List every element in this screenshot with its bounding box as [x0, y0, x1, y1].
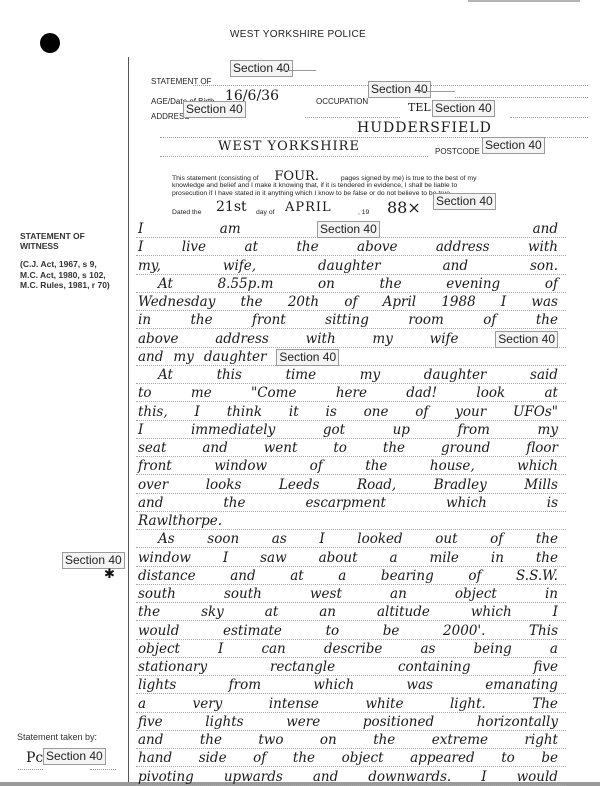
tel-label: TEL [408, 101, 431, 114]
statement-word: 20th [288, 294, 319, 310]
statement-word: one [364, 404, 389, 420]
statement-word: I [195, 404, 200, 420]
statement-word: the [190, 312, 212, 328]
statement-word: was [406, 677, 433, 693]
statement-word: it [289, 404, 299, 420]
statement-word: object [342, 750, 384, 766]
statement-word: the [536, 531, 558, 547]
statement-word: above [138, 331, 178, 348]
taken-by-initials: Pc [26, 750, 43, 766]
statement-word: me [191, 385, 212, 401]
statement-word: sky [201, 604, 224, 620]
statement-word: being [474, 641, 512, 657]
statement-word: UFOs" [513, 404, 558, 420]
statement-redaction: Section 40 [317, 221, 380, 238]
ruled-line [136, 766, 566, 767]
statement-word: I [138, 239, 143, 255]
occupation-label: OCCUPATION [316, 97, 368, 106]
statement-word: be [541, 750, 558, 766]
statement-line: overlooksLeedsRoad,BradleyMills [138, 477, 558, 493]
day-of-label: day of [256, 209, 275, 216]
statement-word: This [529, 623, 558, 639]
statement-redaction: Section 40 [495, 331, 558, 348]
statement-word: of [468, 568, 481, 584]
statement-word: this [217, 367, 242, 383]
ruled-line [136, 748, 566, 749]
statement-word: at [544, 385, 557, 401]
statement-word: April [383, 294, 416, 310]
statement-word: to [326, 623, 340, 639]
statement-word: 8.55p.m [218, 276, 274, 292]
statement-word: evening [446, 276, 500, 292]
statement-word: and [138, 732, 163, 748]
statement-line: andmydaughterSection 40 [138, 349, 558, 366]
statement-word: above [357, 239, 397, 255]
statement-word: looks [206, 477, 242, 493]
statement-word: front [252, 312, 286, 328]
statement-word: on [318, 276, 335, 292]
statement-word: this, [138, 404, 168, 420]
statement-word: the [536, 550, 558, 566]
statement-word: the [223, 495, 245, 511]
statement-word: can [261, 641, 285, 657]
statement-word: from [229, 677, 261, 693]
statement-word: At [158, 276, 173, 292]
statement-line: handsideoftheobjectappearedtobe [138, 750, 558, 766]
statement-word: I [501, 294, 506, 310]
statement-word: at [290, 568, 303, 584]
statement-line: tome"Comeheredad!lookat [138, 385, 558, 401]
statement-word: The [532, 696, 558, 712]
statement-word: of [545, 276, 558, 292]
statement-line: seatandwenttothegroundfloor [138, 440, 558, 456]
statement-word: wife [430, 331, 459, 348]
statement-word: time [286, 367, 317, 383]
statement-word: south [224, 586, 262, 602]
statement-word: rectangle [270, 659, 335, 675]
ruled-line [136, 584, 566, 585]
statement-word: I [138, 221, 143, 238]
tel-redaction: Section 40 [432, 100, 495, 117]
statement-word: got [323, 422, 345, 438]
ruled-line [136, 438, 566, 439]
statement-word: am [220, 221, 241, 238]
statement-word: to [333, 440, 347, 456]
ruled-line [136, 310, 566, 311]
statement-redaction: Section 40 [276, 349, 339, 366]
punch-hole [40, 33, 60, 53]
statement-word: saw [260, 550, 287, 566]
statement-word: my [538, 422, 558, 438]
statement-word: an [390, 586, 407, 602]
declaration-line-2: knowledge and belief and I make it knowi… [172, 182, 457, 189]
statement-word: object [138, 641, 180, 657]
ruled-line [136, 420, 566, 421]
year-prefix: , 19 [358, 209, 369, 216]
statement-word: my [372, 331, 392, 348]
statement-word: the [383, 440, 405, 456]
ruled-line [136, 602, 566, 603]
statement-word: Mills [524, 477, 558, 493]
statement-word: dad! [406, 385, 437, 401]
ruled-line [136, 712, 566, 713]
statement-word: positioned [363, 714, 434, 730]
statement-word: room [408, 312, 444, 328]
ruled-line [136, 730, 566, 731]
statement-word: to [501, 750, 515, 766]
statement-word: in [138, 312, 151, 328]
statement-word: and [230, 568, 255, 584]
statement-word: a [138, 696, 146, 712]
statement-word: house, [430, 458, 475, 474]
statement-word: a [338, 568, 346, 584]
statement-word: At [158, 367, 173, 383]
statement-word: intense [269, 696, 319, 712]
statement-word: estimate [223, 623, 282, 639]
statement-word: right [524, 732, 558, 748]
statement-word: very [193, 696, 223, 712]
statement-word: seat [138, 440, 166, 456]
ruled-line [136, 274, 566, 275]
statement-word: here [336, 385, 367, 401]
statement-word: son. [530, 258, 558, 274]
statement-word: 1988 [441, 294, 475, 310]
statement-line: andtheescarpmentwhichis [138, 495, 558, 511]
statement-word: I [138, 422, 143, 438]
statement-word: at [265, 604, 278, 620]
statement-word: was [531, 294, 558, 310]
statement-word: looked [357, 531, 402, 547]
sidebar-title: STATEMENT OF WITNESS [20, 231, 85, 251]
ruled-line [136, 401, 566, 402]
statement-word: extreme [432, 732, 488, 748]
ruled-line [136, 474, 566, 475]
statement-word: on [320, 732, 337, 748]
statement-word: "Come [251, 385, 296, 401]
address-line-2: HUDDERSFIELD [357, 120, 492, 136]
statement-word: altitude [377, 604, 430, 620]
occupation-redaction: Section 40 [368, 81, 431, 98]
statement-of-redaction: Section 40 [230, 60, 293, 77]
statement-word: horizontally [477, 714, 558, 730]
statement-word: as [272, 531, 287, 547]
statement-word: Road, [357, 477, 396, 493]
statement-word: of [490, 531, 503, 547]
redaction-leader [420, 91, 455, 92]
postcode-label: POSTCODE [435, 147, 480, 156]
statement-word: ground [441, 440, 490, 456]
statement-word: of [310, 458, 323, 474]
statement-word: which [471, 604, 512, 620]
ruled-line [136, 493, 566, 494]
statement-word: to [138, 385, 152, 401]
dated-month: APRIL [285, 200, 332, 215]
statement-line: fivelightswerepositionedhorizontally [138, 714, 558, 730]
statement-word: immediately [191, 422, 275, 438]
statement-word: your [455, 404, 486, 420]
statement-word: with [528, 239, 558, 255]
statement-line: pivotingupwardsanddownwards.Iwould [138, 769, 558, 785]
statement-word: the [296, 239, 318, 255]
statement-word: a [550, 641, 558, 657]
statement-word: floor [526, 440, 558, 456]
occupation-line [455, 97, 588, 98]
statement-word: and [313, 769, 338, 785]
statement-word: daughter [424, 367, 487, 383]
sidebar-refs: (C.J. Act, 1967, s 9, M.C. Act, 1980, s … [20, 259, 110, 291]
statement-line: frontwindowofthehouse,which [138, 458, 558, 474]
statement-word: Wednesday [138, 294, 215, 310]
statement-line: aboveaddresswithmywifeSection 40 [138, 331, 558, 348]
statement-word: bearing [381, 568, 434, 584]
statement-word: I [218, 641, 223, 657]
statement-line: andthetwoontheextremeright [138, 732, 558, 748]
statement-word: in [545, 586, 558, 602]
scan-edge [468, 0, 580, 2]
address-redaction: Section 40 [183, 101, 246, 118]
statement-line: objectIcandescribeasbeinga [138, 641, 558, 657]
statement-line: At8.55p.montheeveningof [138, 276, 558, 292]
statement-word: is [547, 495, 558, 511]
statement-word: Bradley [434, 477, 487, 493]
statement-word: would [138, 623, 179, 639]
statement-word: south [138, 586, 176, 602]
declaration-text: This statement (consisting of [172, 175, 259, 182]
statement-line: Wednesdaythe20thofApril1988Iwas [138, 294, 558, 310]
margin-rule [128, 57, 129, 786]
statement-word: went [264, 440, 298, 456]
statement-word: as [420, 641, 435, 657]
address-line-3-rule [160, 156, 428, 157]
statement-word: appeared [410, 750, 474, 766]
statement-word: lights [205, 714, 243, 730]
statement-word: window [138, 550, 191, 566]
statement-word: look [476, 385, 505, 401]
ruled-line [136, 529, 566, 530]
tel-line [510, 117, 588, 118]
address-line-3: WEST YORKSHIRE [218, 139, 360, 154]
statement-word: stationary [138, 659, 207, 675]
statement-word: west [310, 586, 342, 602]
statement-word: of [483, 312, 496, 328]
statement-word: a [390, 550, 398, 566]
taken-by-line [90, 769, 116, 770]
margin-redaction: Section 40 [62, 552, 125, 569]
dated-day: 21st [216, 199, 247, 215]
taken-by-redaction: Section 40 [43, 748, 106, 765]
statement-word: wife, [223, 258, 256, 274]
statement-word: downwards. [368, 769, 451, 785]
statement-word: and [533, 221, 558, 238]
statement-word: think [227, 404, 262, 420]
statement-word: an [319, 604, 336, 620]
statement-word: up [393, 422, 410, 438]
statement-word: of [253, 750, 266, 766]
statement-word: five [533, 659, 558, 675]
statement-word: at [245, 239, 258, 255]
statement-word: sitting [325, 312, 369, 328]
statement-word: and [138, 495, 163, 511]
declaration-text: pages signed by me) is true to the best … [341, 175, 477, 182]
statement-word: said [530, 367, 558, 383]
statement-word: the [138, 604, 160, 620]
statement-word: were [286, 714, 320, 730]
sidebar-ref: (C.J. Act, 1967, s 9, [20, 259, 110, 270]
statement-word: the [200, 732, 222, 748]
statement-line: windowIsawaboutamileinthe [138, 550, 558, 566]
sidebar-title-line: STATEMENT OF [20, 231, 85, 241]
statement-line: lightsfromwhichwasemanating [138, 677, 558, 693]
statement-word: I [553, 604, 558, 620]
statement-word: distance [138, 568, 196, 584]
dated-year: 88× [387, 198, 421, 217]
statement-word: the [536, 312, 558, 328]
statement-word: address [215, 331, 269, 348]
statement-line: theskyatanaltitudewhichI [138, 604, 558, 620]
statement-word: of [344, 294, 357, 310]
statement-line: wouldestimatetobe2000'.This [138, 623, 558, 639]
statement-word: Leeds [279, 477, 320, 493]
statement-word: out [435, 531, 457, 547]
statement-word: side [199, 750, 227, 766]
statement-line: this,IthinkitisoneofyourUFOs" [138, 404, 558, 420]
ruled-line [136, 639, 566, 640]
statement-word: five [138, 714, 163, 730]
statement-line: southsouthwestanobjectin [138, 586, 558, 602]
statement-line: AssoonasIlookedoutofthe [138, 531, 558, 547]
statement-word: describe [324, 641, 383, 657]
sidebar-ref: M.C. Act, 1980, s 102, [20, 270, 110, 281]
statement-word: emanating [485, 677, 558, 693]
statement-word: pivoting [138, 769, 194, 785]
ruled-line [136, 292, 566, 293]
statement-word: which [517, 458, 558, 474]
statement-line: Iliveattheaboveaddresswith [138, 239, 558, 255]
asterisk-icon: ✱ [104, 567, 115, 582]
statement-line: IamSection 40and [138, 221, 558, 238]
statement-word: hand [138, 750, 172, 766]
statement-word: my [173, 349, 193, 366]
statement-word: about [319, 550, 358, 566]
ruled-line [136, 566, 566, 567]
statement-line: stationaryrectanglecontainingfive [138, 659, 558, 675]
dated-label: Dated the [172, 209, 201, 216]
statement-word: would [517, 769, 558, 785]
statement-word: Rawlthorpe. [138, 513, 222, 529]
statement-word: the [379, 276, 401, 292]
ruled-line [136, 675, 566, 676]
statement-word: in [491, 550, 504, 566]
statement-word: I [319, 531, 324, 547]
statement-word: and [138, 349, 163, 366]
statement-word: which [313, 677, 354, 693]
statement-word: front [138, 458, 172, 474]
statement-word: lights [138, 677, 176, 693]
statement-word: As [158, 531, 175, 547]
taken-by-line [18, 769, 43, 770]
statement-word: I [481, 769, 486, 785]
statement-word: white [365, 696, 403, 712]
statement-word: object [455, 586, 497, 602]
statement-word: soon [207, 531, 239, 547]
statement-word: which [446, 495, 487, 511]
ruled-line [136, 547, 566, 548]
statement-word: from [458, 422, 490, 438]
agency-heading: WEST YORKSHIRE POLICE [230, 29, 366, 40]
statement-line: my,wife,daughterandson. [138, 258, 558, 274]
statement-word: the [293, 750, 315, 766]
statement-word: the [365, 458, 387, 474]
statement-word: two [258, 732, 283, 748]
sidebar-ref: M.C. Rules, 1981, r 70) [20, 280, 110, 291]
statement-line: averyintensewhitelight.The [138, 696, 558, 712]
statement-word: with [306, 331, 336, 348]
ruled-line [136, 657, 566, 658]
sidebar-title-line: WITNESS [20, 241, 85, 251]
statement-word: 2000'. [443, 623, 485, 639]
statement-word: of [415, 404, 428, 420]
statement-word: window [214, 458, 267, 474]
statement-line: Iimmediatelygotupfrommy [138, 422, 558, 438]
ruled-line [136, 456, 566, 457]
statement-word: live [182, 239, 206, 255]
statement-line: distanceandatabearingofS.S.W. [138, 568, 558, 584]
statement-word: upwards [224, 769, 283, 785]
statement-line: inthefrontsittingroomofthe [138, 312, 558, 328]
statement-line: Atthistimemydaughtersaid [138, 367, 558, 383]
signature-redaction: Section 40 [433, 193, 496, 210]
statement-word: my, [138, 258, 161, 274]
statement-word: light. [450, 696, 486, 712]
ruled-line [136, 620, 566, 621]
statement-word: over [138, 477, 168, 493]
statement-word: S.S.W. [516, 568, 558, 584]
ruled-line [136, 383, 566, 384]
statement-word: is [326, 404, 337, 420]
address-line-1 [305, 117, 400, 118]
statement-word: and [443, 258, 468, 274]
statement-line: Rawlthorpe. [138, 513, 558, 529]
statement-word: the [241, 294, 263, 310]
ruled-line [136, 511, 566, 512]
statement-word: my [360, 367, 380, 383]
declaration-line-3: prosecution if I have stated in it anyth… [172, 190, 452, 197]
statement-word: I [223, 550, 228, 566]
statement-word: escarpment [305, 495, 386, 511]
statement-word: and [202, 440, 227, 456]
ruled-line [136, 693, 566, 694]
redaction-leader [282, 70, 316, 71]
taken-by-label: Statement taken by: [17, 732, 97, 742]
statement-word: mile [430, 550, 459, 566]
statement-word: the [373, 732, 395, 748]
ruled-line [136, 785, 566, 786]
ruled-line [136, 255, 566, 256]
postcode-redaction: Section 40 [482, 137, 545, 154]
statement-word: daughter [318, 258, 381, 274]
statement-word: containing [398, 659, 471, 675]
statement-word: be [383, 623, 400, 639]
statement-word: daughter [204, 349, 267, 366]
statement-word: address [436, 239, 490, 255]
ruled-line [136, 328, 566, 329]
